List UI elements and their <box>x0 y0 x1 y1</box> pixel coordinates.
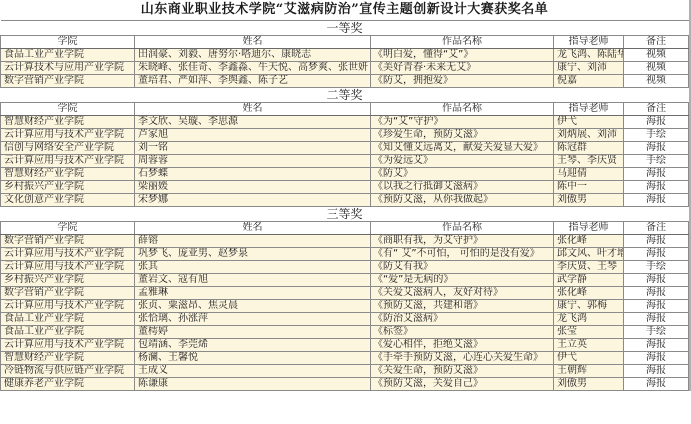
college-cell: 健康养老产业学院 <box>1 378 135 391</box>
advisor-cell: 刘傲男 <box>554 378 624 391</box>
advisor-cell: 李庆贤、王琴 <box>554 261 624 274</box>
remark-cell: 海报 <box>624 313 689 326</box>
advisor-cell: 张化峰 <box>554 235 624 248</box>
table-row: 智慧财经产业学院李文欣、吴璇、李思源《为“艾”守护》伊弋海报 <box>1 116 689 129</box>
advisor-cell: 马迎倩 <box>554 168 624 181</box>
names-column-header: 姓名 <box>135 222 371 235</box>
college-column-header: 学院 <box>1 222 135 235</box>
names-cell: 董培君、严如萍、李舆鑫、陈子艺 <box>135 75 371 88</box>
remark-cell: 海报 <box>624 339 689 352</box>
advisor-cell: 刘傲男 <box>554 194 624 207</box>
college-cell: 数字营销产业学院 <box>1 287 135 300</box>
college-column-header: 学院 <box>1 103 135 116</box>
advisor-cell: 陈中一 <box>554 181 624 194</box>
work-cell: 《美好青春·未来无艾》 <box>371 62 554 75</box>
award-level-label: 二等奖 <box>1 88 689 103</box>
advisor-cell: 陈冠群 <box>554 142 624 155</box>
advisor-cell: 邱文风、叶才增 <box>554 248 624 261</box>
work-cell: 《“爱”是无病的》 <box>371 274 554 287</box>
names-column-header: 姓名 <box>135 103 371 116</box>
table-row: 冷链物流与供应链产业学院王成义《关爱生命，预防艾滋》王朝辉海报 <box>1 365 689 378</box>
work-cell: 《防艾有我》 <box>371 261 554 274</box>
college-cell: 乡村振兴产业学院 <box>1 181 135 194</box>
remark-cell: 海报 <box>624 235 689 248</box>
work-cell: 《知艾懂艾远离艾，献爱关爱显大爱》 <box>371 142 554 155</box>
advisor-cell: 武学静 <box>554 274 624 287</box>
college-cell: 云计算应用与技术产业学院 <box>1 129 135 142</box>
work-column-header: 作品名称 <box>371 36 554 49</box>
names-cell: 包靖涵、李莞烯 <box>135 339 371 352</box>
college-column-header: 学院 <box>1 36 135 49</box>
college-cell: 数字营销产业学院 <box>1 75 135 88</box>
remark-cell: 海报 <box>624 300 689 313</box>
table-row: 智慧财经产业学院杨澜、王馨悦《手牵手预防艾滋，心连心关爱生命》伊弋海报 <box>1 352 689 365</box>
names-cell: 周蓉蓉 <box>135 155 371 168</box>
remark-cell: 海报 <box>624 194 689 207</box>
names-cell: 王成义 <box>135 365 371 378</box>
college-cell: 智慧财经产业学院 <box>1 168 135 181</box>
advisor-cell: 伊弋 <box>554 352 624 365</box>
names-cell: 张贞、粟滋昂、焦灵晨 <box>135 300 371 313</box>
table-row: 云计算应用与技术产业学院芦家旭《珍爱生命，预防艾滋》刘炳展、刘沛手绘 <box>1 129 689 142</box>
college-cell: 云计算应用与技术产业学院 <box>1 261 135 274</box>
names-cell: 张恰璃、孙涨萍 <box>135 313 371 326</box>
table-row: 食品工业产业学院董樗婷《标签》张莹手绘 <box>1 326 689 339</box>
table-row: 云计算应用与技术产业学院包靖涵、李莞烯《爱心相伴，拒绝艾滋》王立英海报 <box>1 339 689 352</box>
work-cell: 《防艾》 <box>371 168 554 181</box>
remark-column-header: 备注 <box>624 222 689 235</box>
work-cell: 《商职有我，为艾守护》 <box>371 235 554 248</box>
remark-cell: 海报 <box>624 181 689 194</box>
advisor-cell: 龙飞鸿、陈陆华 <box>554 49 624 62</box>
names-cell: 宋梦娜 <box>135 194 371 207</box>
table-row: 文化创意产业学院宋梦娜《预防艾滋，从你我做起》刘傲男海报 <box>1 194 689 207</box>
college-cell: 云计算技术与应用产业学院 <box>1 62 135 75</box>
names-cell: 张其 <box>135 261 371 274</box>
names-cell: 石梦蝶 <box>135 168 371 181</box>
names-cell: 梁丽媛 <box>135 181 371 194</box>
column-header-row: 学院姓名作品名称指导老师备注 <box>1 103 689 116</box>
table-row: 食品工业产业学院田润豪、刘毅、唐努尔·嗒迪尔、康晓志《明白爱，懂得“艾”》龙飞鸿… <box>1 49 689 62</box>
table-row: 数字营销产业学院董培君、严如萍、李舆鑫、陈子艺《防艾，拥抱爱》倪嘉视频 <box>1 75 689 88</box>
college-cell: 食品工业产业学院 <box>1 313 135 326</box>
college-cell: 食品工业产业学院 <box>1 326 135 339</box>
table-row: 云计算技术与应用产业学院朱晓峰、张佳奇、李鑫淼、牛天悦、高梦爽、张世妍《美好青春… <box>1 62 689 75</box>
names-cell: 李文欣、吴璇、李思源 <box>135 116 371 129</box>
college-cell: 文化创意产业学院 <box>1 194 135 207</box>
names-cell: 孟雅琳 <box>135 287 371 300</box>
work-cell: 《为“艾”守护》 <box>371 116 554 129</box>
award-level-label: 三等奖 <box>1 207 689 222</box>
work-cell: 《预防艾滋，关爱自己》 <box>371 378 554 391</box>
advisor-cell: 刘炳展、刘沛 <box>554 129 624 142</box>
section-header-row: 一等奖 <box>1 21 689 36</box>
names-cell: 董樗婷 <box>135 326 371 339</box>
table-row: 云计算应用与技术产业学院张贞、粟滋昂、焦灵晨《预防艾滋，共建和谐》康宁、郭梅海报 <box>1 300 689 313</box>
work-cell: 《明白爱，懂得“艾”》 <box>371 49 554 62</box>
advisor-cell: 王立英 <box>554 339 624 352</box>
names-cell: 芦家旭 <box>135 129 371 142</box>
table-row: 乡村振兴产业学院董岩文、寇有旭《“爱”是无病的》武学静海报 <box>1 274 689 287</box>
remark-cell: 视频 <box>624 49 689 62</box>
advisor-cell: 伊弋 <box>554 116 624 129</box>
advisor-cell: 康宁、刘沛 <box>554 62 624 75</box>
table-row: 健康养老产业学院陈谦康《预防艾滋，关爱自己》刘傲男海报 <box>1 378 689 391</box>
table-row: 数字营销产业学院孟雅琳《关爱艾滋病人，友好对待》张化峰海报 <box>1 287 689 300</box>
names-cell: 薛镕 <box>135 235 371 248</box>
section-header-row: 三等奖 <box>1 207 689 222</box>
remark-cell: 视频 <box>624 62 689 75</box>
advisor-cell: 王琴、李庆贤 <box>554 155 624 168</box>
column-header-row: 学院姓名作品名称指导老师备注 <box>1 222 689 235</box>
remark-cell: 海报 <box>624 274 689 287</box>
advisor-cell: 张化峰 <box>554 287 624 300</box>
award-table: 山东商业职业技术学院“艾滋病防治”宣传主题创新设计大赛获奖名单 一等奖学院姓名作… <box>0 0 689 391</box>
work-cell: 《防治艾滋病》 <box>371 313 554 326</box>
names-column-header: 姓名 <box>135 36 371 49</box>
work-cell: 《爱心相伴，拒绝艾滋》 <box>371 339 554 352</box>
college-cell: 云计算应用与技术产业学院 <box>1 248 135 261</box>
document-title: 山东商业职业技术学院“艾滋病防治”宣传主题创新设计大赛获奖名单 <box>1 0 689 21</box>
remark-cell: 海报 <box>624 287 689 300</box>
table-row: 数字营销产业学院薛镕《商职有我，为艾守护》张化峰海报 <box>1 235 689 248</box>
table-row: 云计算应用与技术产业学院巩梦飞、庞亚男、赵梦泉《有“ 艾”不可怕， 可怕的是没有… <box>1 248 689 261</box>
names-cell: 田润豪、刘毅、唐努尔·嗒迪尔、康晓志 <box>135 49 371 62</box>
remark-cell: 海报 <box>624 352 689 365</box>
college-cell: 信创与网络安全产业学院 <box>1 142 135 155</box>
names-cell: 巩梦飞、庞亚男、赵梦泉 <box>135 248 371 261</box>
column-header-row: 学院姓名作品名称指导老师备注 <box>1 36 689 49</box>
remark-cell: 海报 <box>624 378 689 391</box>
work-cell: 《标签》 <box>371 326 554 339</box>
table-row: 云计算应用与技术产业学院张其《防艾有我》李庆贤、王琴手绘 <box>1 261 689 274</box>
work-cell: 《关爱生命，预防艾滋》 <box>371 365 554 378</box>
college-cell: 智慧财经产业学院 <box>1 116 135 129</box>
remark-cell: 手绘 <box>624 129 689 142</box>
work-cell: 《关爱艾滋病人，友好对待》 <box>371 287 554 300</box>
work-column-header: 作品名称 <box>371 222 554 235</box>
names-cell: 朱晓峰、张佳奇、李鑫淼、牛天悦、高梦爽、张世妍 <box>135 62 371 75</box>
remark-column-header: 备注 <box>624 36 689 49</box>
work-cell: 《有“ 艾”不可怕， 可怕的是没有爱》 <box>371 248 554 261</box>
college-cell: 食品工业产业学院 <box>1 49 135 62</box>
college-cell: 数字营销产业学院 <box>1 235 135 248</box>
work-cell: 《预防艾滋，从你我做起》 <box>371 194 554 207</box>
work-column-header: 作品名称 <box>371 103 554 116</box>
college-cell: 智慧财经产业学院 <box>1 352 135 365</box>
remark-cell: 海报 <box>624 365 689 378</box>
remark-column-header: 备注 <box>624 103 689 116</box>
college-cell: 云计算应用与技术产业学院 <box>1 155 135 168</box>
names-cell: 刘一铭 <box>135 142 371 155</box>
award-level-label: 一等奖 <box>1 21 689 36</box>
table-row: 食品工业产业学院张恰璃、孙涨萍《防治艾滋病》龙飞鸿海报 <box>1 313 689 326</box>
remark-cell: 海报 <box>624 142 689 155</box>
remark-cell: 手绘 <box>624 155 689 168</box>
remark-cell: 视频 <box>624 75 689 88</box>
names-cell: 董岩文、寇有旭 <box>135 274 371 287</box>
remark-cell: 手绘 <box>624 261 689 274</box>
table-row: 乡村振兴产业学院梁丽媛《以我之行抵御艾滋病》陈中一海报 <box>1 181 689 194</box>
work-cell: 《珍爱生命，预防艾滋》 <box>371 129 554 142</box>
work-cell: 《预防艾滋，共建和谐》 <box>371 300 554 313</box>
advisor-cell: 王朝辉 <box>554 365 624 378</box>
table-row: 云计算应用与技术产业学院周蓉蓉《为爱远艾》王琴、李庆贤手绘 <box>1 155 689 168</box>
advisor-column-header: 指导老师 <box>554 36 624 49</box>
college-cell: 冷链物流与供应链产业学院 <box>1 365 135 378</box>
section-header-row: 二等奖 <box>1 88 689 103</box>
college-cell: 乡村振兴产业学院 <box>1 274 135 287</box>
remark-cell: 海报 <box>624 168 689 181</box>
table-row: 智慧财经产业学院石梦蝶《防艾》马迎倩海报 <box>1 168 689 181</box>
work-cell: 《防艾，拥抱爱》 <box>371 75 554 88</box>
advisor-cell: 倪嘉 <box>554 75 624 88</box>
work-cell: 《以我之行抵御艾滋病》 <box>371 181 554 194</box>
award-list-sheet: 山东商业职业技术学院“艾滋病防治”宣传主题创新设计大赛获奖名单 一等奖学院姓名作… <box>0 0 691 391</box>
advisor-cell: 龙飞鸿 <box>554 313 624 326</box>
names-cell: 杨澜、王馨悦 <box>135 352 371 365</box>
college-cell: 云计算应用与技术产业学院 <box>1 339 135 352</box>
remark-cell: 手绘 <box>624 326 689 339</box>
advisor-cell: 康宁、郭梅 <box>554 300 624 313</box>
advisor-column-header: 指导老师 <box>554 222 624 235</box>
college-cell: 云计算应用与技术产业学院 <box>1 300 135 313</box>
work-cell: 《手牵手预防艾滋，心连心关爱生命》 <box>371 352 554 365</box>
work-cell: 《为爱远艾》 <box>371 155 554 168</box>
title-row: 山东商业职业技术学院“艾滋病防治”宣传主题创新设计大赛获奖名单 <box>1 0 689 21</box>
names-cell: 陈谦康 <box>135 378 371 391</box>
remark-cell: 海报 <box>624 116 689 129</box>
advisor-cell: 张莹 <box>554 326 624 339</box>
table-row: 信创与网络安全产业学院刘一铭《知艾懂艾远离艾，献爱关爱显大爱》陈冠群海报 <box>1 142 689 155</box>
remark-cell: 海报 <box>624 248 689 261</box>
advisor-column-header: 指导老师 <box>554 103 624 116</box>
